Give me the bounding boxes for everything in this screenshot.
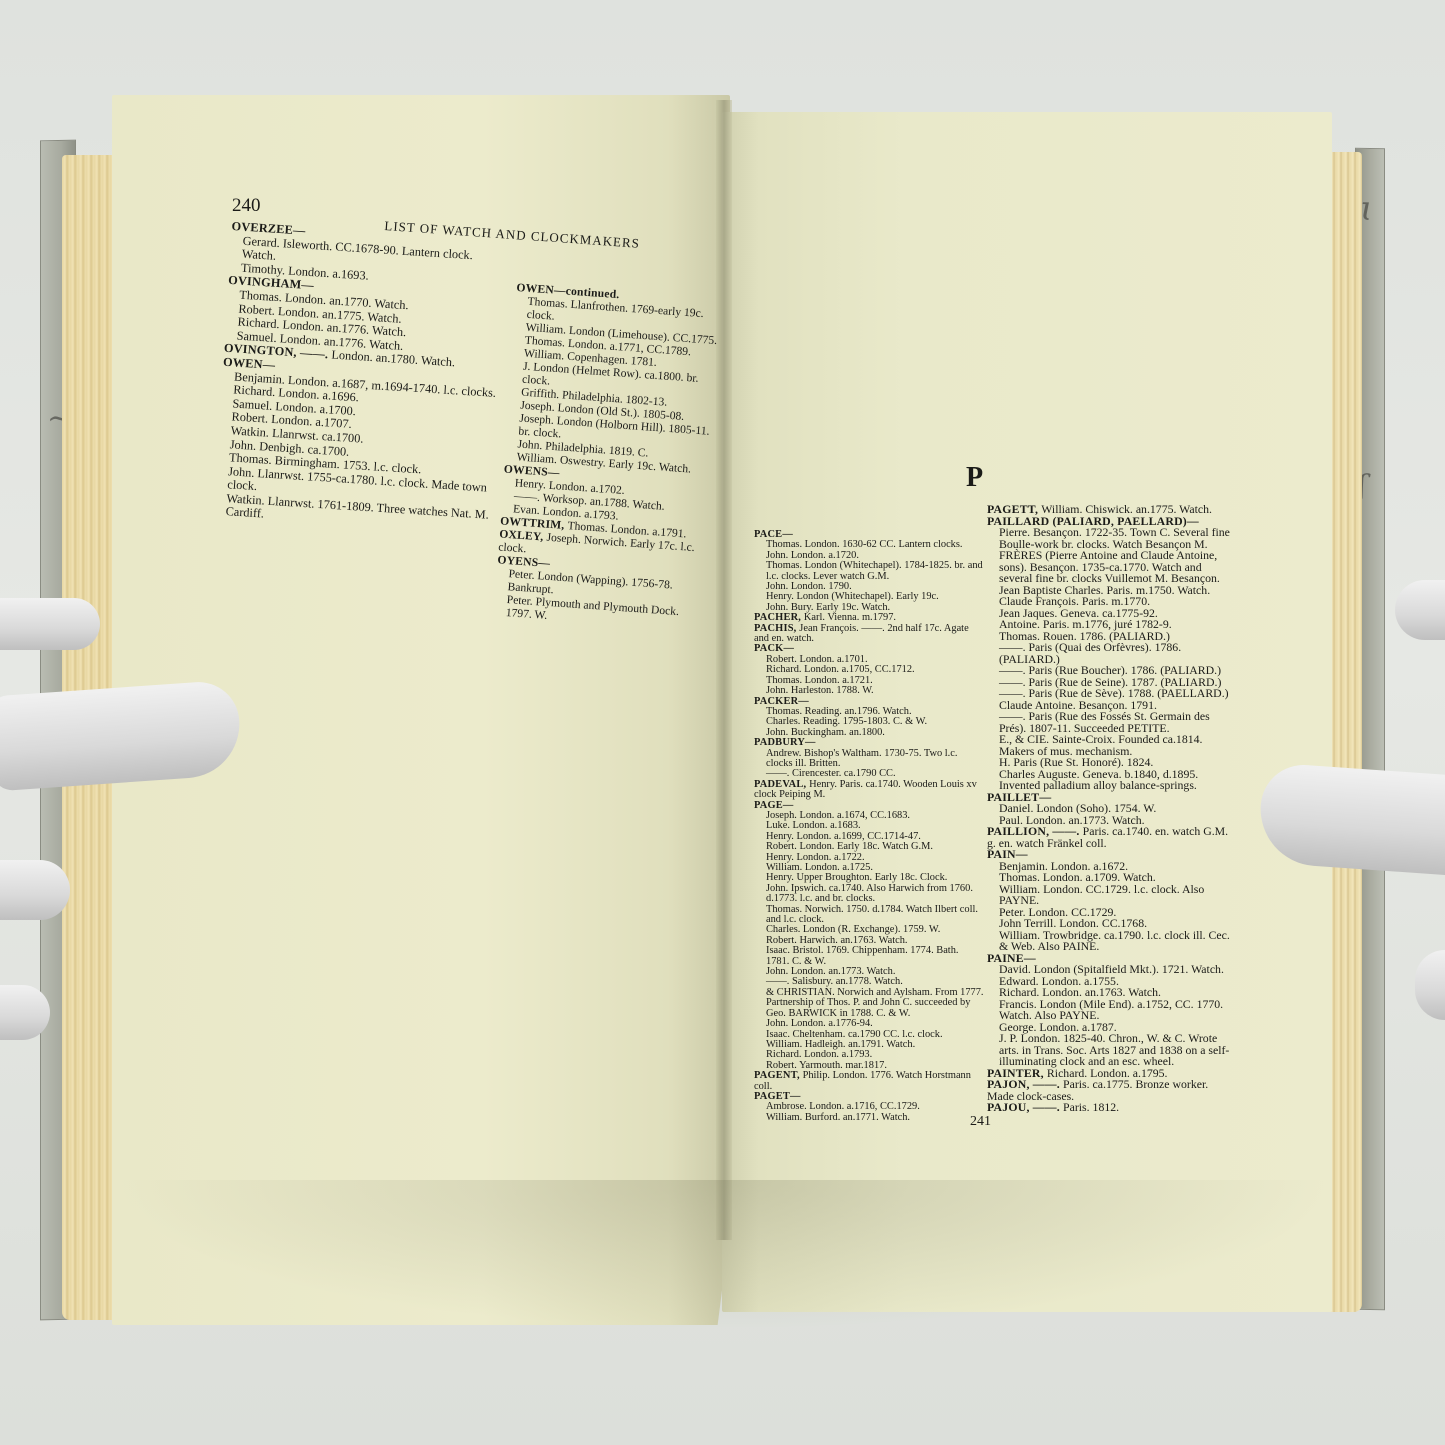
entry-headword: PACE— [754,529,793,540]
entry-item: Pierre. Besançon. 1722-35. Town C. Sever… [987,527,1233,550]
entry-item: E., & CIE. Sainte-Croix. Founded ca.1814… [987,734,1233,757]
entry-owen: OWEN— Benjamin. London. a.1687, m.1694-1… [213,356,498,536]
entry-item: ——. Paris (Quai des Orfèvres). 1786. (PA… [987,642,1233,665]
entry-text: Paris. 1812. [1063,1100,1119,1114]
entry-pagent: PAGENT, Philip. London. 1776. Watch Hors… [754,1071,984,1092]
cover-pattern: ɩ [1360,189,1373,229]
entry-headword: PADBURY— [754,737,816,748]
entry-item: William. Trowbridge. ca.1790. l.c. clock… [987,930,1233,953]
entry-item: ——. Paris (Rue des Fossés St. Germain de… [987,711,1233,734]
entry-headword: PAJOU, ——. [987,1100,1063,1114]
entry-headword: PADEVAL, [754,779,809,790]
right-page-column-2: PAGETT, William. Chiswick. an.1775. Watc… [987,504,1233,1114]
entry-item: Andrew. Bishop's Waltham. 1730-75. Two l… [754,749,984,770]
book-gutter [716,100,732,1240]
entry-paine: PAINE— David. London (Spitalfield Mkt.).… [987,953,1233,1068]
entry-packer: PACKER— Thomas. Reading. an.1796. Watch.… [754,697,984,739]
entry-pain: PAIN— Benjamin. London. a.1672. Thomas. … [987,849,1233,953]
entry-item: FRÈRES (Pierre Antoine and Claude Antoin… [987,550,1233,585]
entry-headword: OWEN— [223,355,276,372]
entry-pajou: PAJOU, ——. Paris. 1812. [987,1102,1233,1114]
entry-item: Charles Auguste. Geneva. b.1840, d.1895.… [987,769,1233,792]
entry-item: Thomas. London (Whitechapel). 1784-1825.… [754,561,984,582]
entry-pajon: PAJON, ——. Paris. ca.1775. Bronze worker… [987,1079,1233,1102]
entry-item: J. P. London. 1825-40. Chron., W. & C. W… [987,1033,1233,1068]
entry-text: Karl. Vienna. m.1797. [804,612,896,623]
entry-headword: PAGE— [754,800,793,811]
entry-item: William. London. CC.1729. l.c. clock. Al… [987,884,1233,907]
entry-item: John. Ipswich. ca.1740. Also Harwich fro… [754,884,984,905]
page-number-right: 241 [970,1114,991,1130]
left-page-column-1: OVERZEE— Gerard. Isleworth. CC.1678-90. … [213,220,506,536]
entry-item: Francis. London (Mile End). a.1752, CC. … [987,999,1233,1022]
gloved-finger-left [0,598,100,650]
entry-headword: PACKER— [754,696,809,707]
page-shadow [110,1180,1335,1330]
entry-paillion: PAILLION, ——. Paris. ca.1740. en. watch … [987,826,1233,849]
entry-page: PAGE— Joseph. London. a.1674, CC.1683. L… [754,801,984,1072]
gloved-finger-right [1415,950,1445,1020]
left-page-column-2: OWEN—continued. Thomas. Llanfrothen. 176… [493,281,726,633]
entry-headword: PACK— [754,643,794,654]
entry-headword: PACHER, [754,612,804,623]
entry-padeval: PADEVAL, Henry. Paris. ca.1740. Wooden L… [754,780,984,801]
entry-pack: PACK— Robert. London. a.1701. Richard. L… [754,644,984,696]
entry-item: Thomas. Norwich. 1750. d.1784. Watch Ilb… [754,905,984,926]
gloved-finger-right [1395,580,1445,640]
entry-item: & CHRISTIAN. Norwich and Aylsham. From 1… [754,988,984,1019]
section-letter: P [966,462,983,494]
gloved-finger-left [0,860,70,920]
entry-headword: PAGET— [754,1091,801,1102]
entry-headword: PACHIS, [754,623,799,634]
entry-paillard: PAILLARD (PALIARD, PAELLARD)— Pierre. Be… [987,516,1233,792]
entry-paget: PAGET— Ambrose. London. a.1716, CC.1729.… [754,1092,984,1123]
entry-paillet: PAILLET— Daniel. London (Soho). 1754. W.… [987,792,1233,827]
entry-item: Isaac. Bristol. 1769. Chippenham. 1774. … [754,946,984,967]
entry-item: John. London. a.1776-94. [754,1019,984,1029]
entry-owen-continued: OWEN—continued. Thomas. Llanfrothen. 176… [504,281,726,477]
entry-pachis: PACHIS, Jean François. ——. 2nd half 17c.… [754,624,984,645]
right-page-column-1: PACE— Thomas. London. 1630-62 CC. Lanter… [754,530,984,1123]
entry-pace: PACE— Thomas. London. 1630-62 CC. Lanter… [754,530,984,613]
entry-padbury: PADBURY— Andrew. Bishop's Waltham. 1730-… [754,738,984,780]
entry-headword: PAGENT, [754,1070,803,1081]
page-number-left: 240 [232,195,261,217]
entry-item: William. Burford. an.1771. Watch. [754,1113,984,1123]
